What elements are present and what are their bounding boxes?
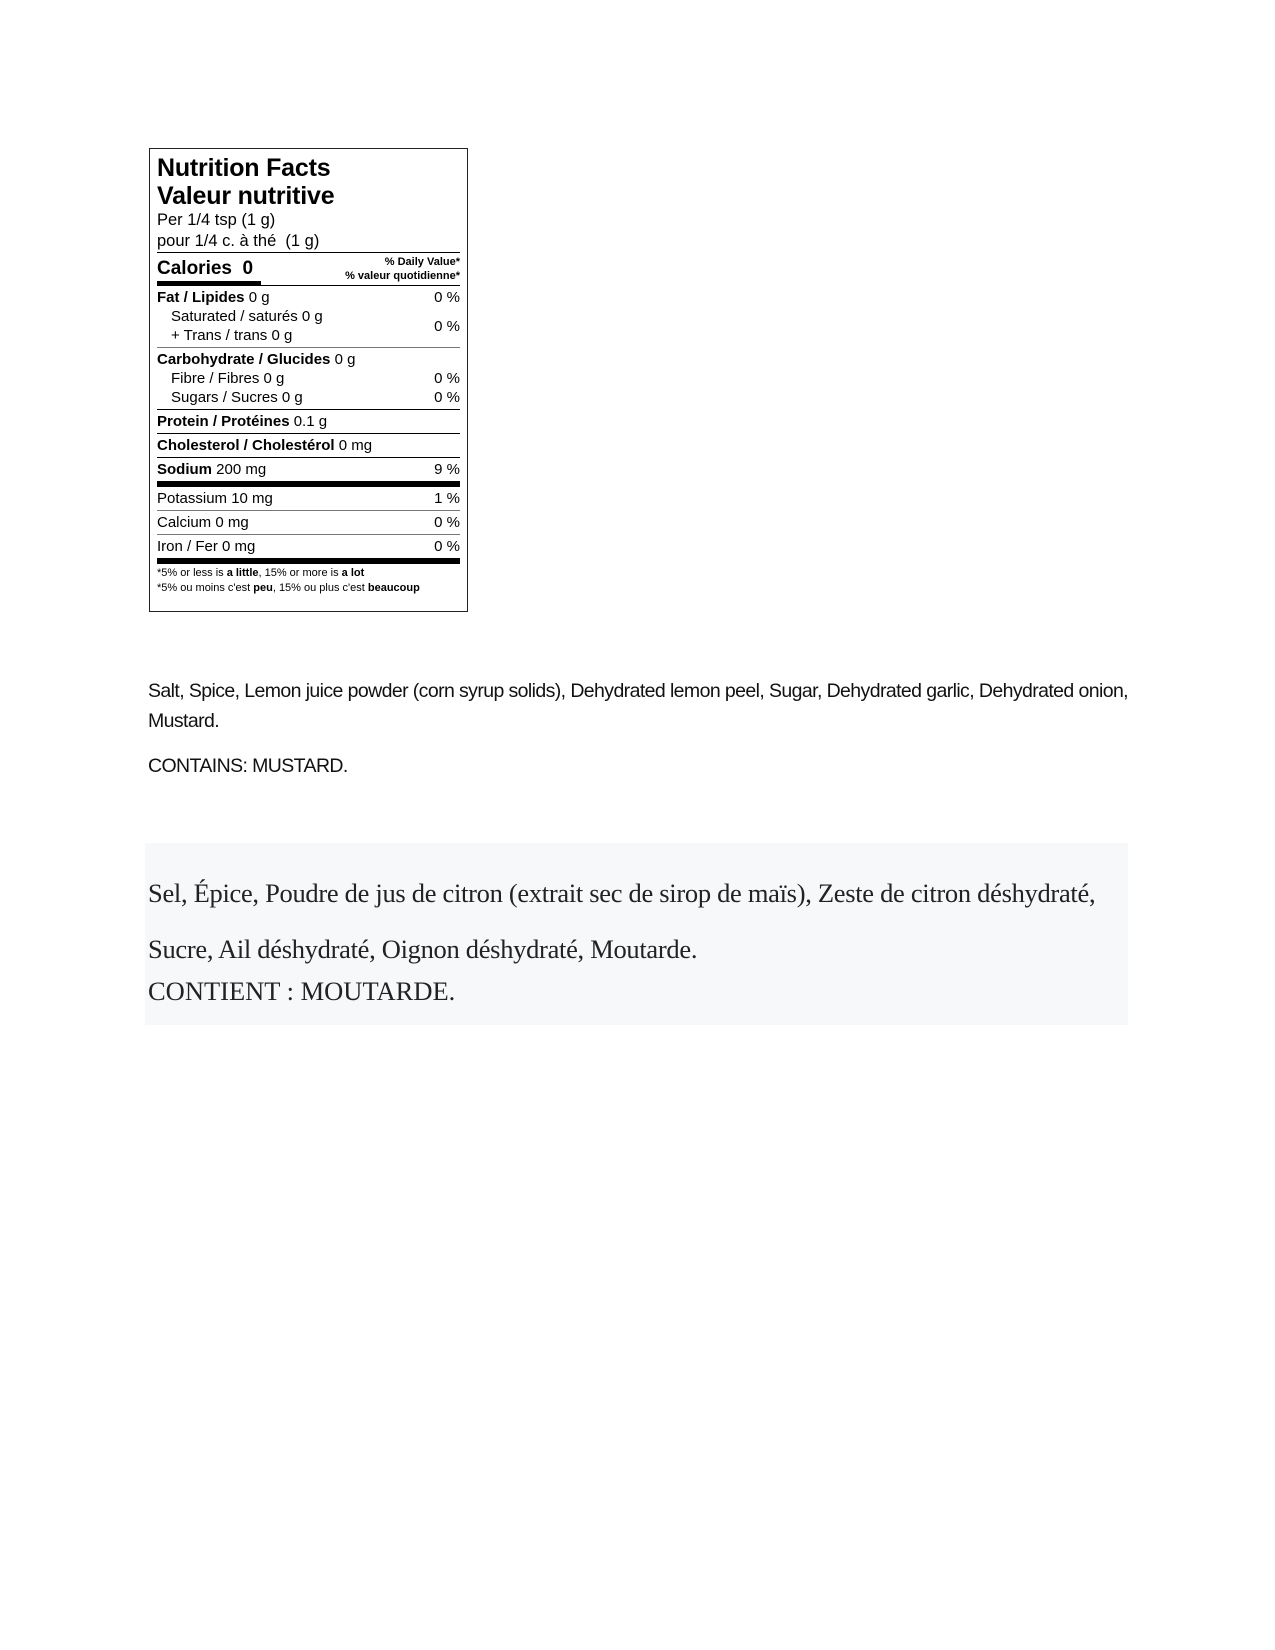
- daily-value-header-fr: % valeur quotidienne*: [345, 269, 460, 283]
- protein-row: Protein / Protéines 0.1 g: [157, 410, 460, 433]
- footnote-en: *5% or less is a little, 15% or more is …: [157, 566, 460, 581]
- ingredients-en: Salt, Spice, Lemon juice powder (corn sy…: [148, 676, 1128, 736]
- ingredients-fr: Sel, Épice, Poudre de jus de citron (ext…: [148, 865, 1123, 977]
- sodium-row: Sodium 200 mg 9 %: [157, 458, 460, 481]
- allergen-statement-fr: CONTIENT : MOUTARDE.: [148, 973, 455, 1009]
- calories-label: Calories: [157, 258, 232, 279]
- saturated-row: Saturated / saturés 0 g: [171, 307, 323, 326]
- calcium-row: Calcium 0 mg 0 %: [157, 511, 460, 534]
- calories-row: Calories 0 % Daily Value* % valeur quoti…: [157, 253, 460, 285]
- calories: Calories 0: [157, 258, 253, 280]
- serving-size-fr: pour 1/4 c. à thé (1 g): [157, 231, 460, 252]
- label-title-fr: Valeur nutritive: [157, 182, 460, 210]
- sat-trans-row: Saturated / saturés 0 g + Trans / trans …: [157, 307, 460, 345]
- carbohydrate-group: Carbohydrate / Glucides 0 g Fibre / Fibr…: [157, 348, 460, 409]
- footnote-fr: *5% ou moins c'est peu, 15% ou plus c'es…: [157, 581, 460, 596]
- fat-row: Fat / Lipides 0 g 0 %: [157, 288, 460, 307]
- sat-trans-dv: 0 %: [434, 317, 460, 336]
- allergen-statement-en: CONTAINS: MUSTARD.: [148, 753, 1128, 779]
- calories-underline: [157, 281, 261, 286]
- serving-size-en: Per 1/4 tsp (1 g): [157, 210, 460, 231]
- footnote: *5% or less is a little, 15% or more is …: [157, 564, 460, 596]
- carbohydrate-row: Carbohydrate / Glucides 0 g: [157, 350, 460, 369]
- daily-value-header-en: % Daily Value*: [345, 255, 460, 269]
- fat-group: Fat / Lipides 0 g 0 % Saturated / saturé…: [157, 286, 460, 347]
- nutrition-facts-label: Nutrition Facts Valeur nutritive Per 1/4…: [149, 148, 468, 612]
- daily-value-header: % Daily Value* % valeur quotidienne*: [345, 255, 460, 283]
- trans-row: + Trans / trans 0 g: [171, 326, 323, 345]
- potassium-row: Potassium 10 mg 1 %: [157, 487, 460, 510]
- french-ingredients-block: Sel, Épice, Poudre de jus de citron (ext…: [145, 843, 1128, 1025]
- label-title-en: Nutrition Facts: [157, 154, 460, 182]
- sugars-row: Sugars / Sucres 0 g 0 %: [157, 388, 460, 407]
- fibre-row: Fibre / Fibres 0 g 0 %: [157, 369, 460, 388]
- iron-row: Iron / Fer 0 mg 0 %: [157, 535, 460, 558]
- calories-value: 0: [243, 258, 254, 279]
- fat-dv: 0 %: [434, 288, 460, 307]
- cholesterol-row: Cholesterol / Cholestérol 0 mg: [157, 434, 460, 457]
